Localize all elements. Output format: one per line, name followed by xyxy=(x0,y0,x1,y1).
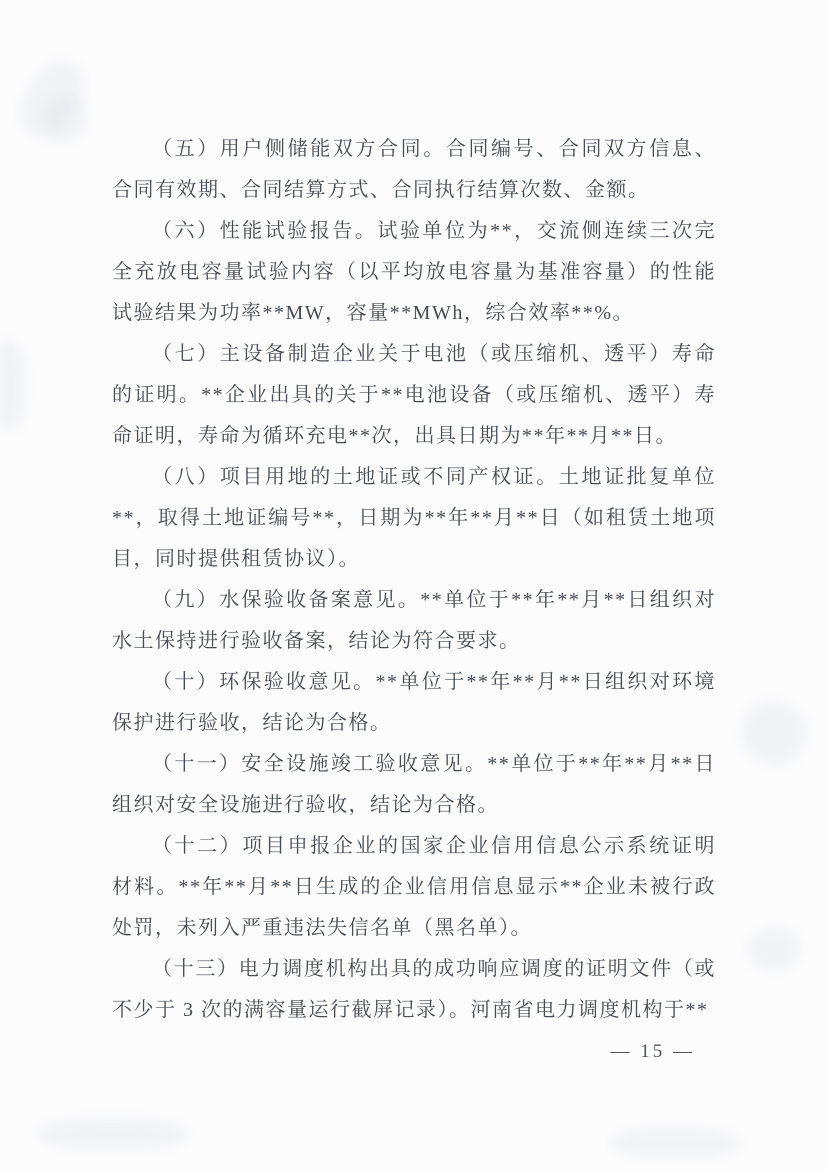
paragraph-item-6: （六）性能试验报告。试验单位为**，交流侧连续三次完全充放电容量试验内容（以平均… xyxy=(112,211,716,334)
text-line: （五）用户侧储能双方合同。合同编号、合同双方信息、 xyxy=(112,129,716,170)
text-line: 处罚，未列入严重违法失信名单（黑名单）。 xyxy=(112,908,716,949)
text-line: （十二）项目申报企业的国家企业信用信息公示系统证明 xyxy=(112,826,716,867)
text-line: 命证明，寿命为循环充电**次，出具日期为**年**月**日。 xyxy=(112,416,716,457)
paragraph-item-7: （七）主设备制造企业关于电池（或压缩机、透平）寿命的证明。**企业出具的关于**… xyxy=(112,334,716,457)
text-line: （六）性能试验报告。试验单位为**，交流侧连续三次完 xyxy=(112,211,716,252)
text-line: **，取得土地证编号**，日期为**年**月**日（如租赁土地项 xyxy=(112,498,716,539)
text-line: 材料。**年**月**日生成的企业信用信息显示**企业未被行政 xyxy=(112,867,716,908)
text-line: 合同有效期、合同结算方式、合同执行结算次数、金额。 xyxy=(112,170,716,211)
scan-artifact xyxy=(8,50,96,147)
paragraph-item-9: （九）水保验收备案意见。**单位于**年**月**日组织对水土保持进行验收备案，… xyxy=(112,580,716,662)
text-line: （七）主设备制造企业关于电池（或压缩机、透平）寿命 xyxy=(112,334,716,375)
scan-artifact xyxy=(733,693,814,773)
text-line: 水土保持进行验收备案，结论为符合要求。 xyxy=(112,621,716,662)
text-line: （九）水保验收备案意见。**单位于**年**月**日组织对 xyxy=(112,580,716,621)
text-line: 全充放电容量试验内容（以平均放电容量为基准容量）的性能 xyxy=(112,252,716,293)
scan-artifact xyxy=(0,340,26,430)
text-line: 目，同时提供租赁协议）。 xyxy=(112,539,716,580)
text-line: 的证明。**企业出具的关于**电池设备（或压缩机、透平）寿 xyxy=(112,375,716,416)
scan-artifact xyxy=(38,91,92,148)
paragraph-item-10: （十）环保验收意见。**单位于**年**月**日组织对环境保护进行验收，结论为合… xyxy=(112,662,716,744)
page-number: — 15 — xyxy=(611,1041,696,1063)
text-line: （十）环保验收意见。**单位于**年**月**日组织对环境 xyxy=(112,662,716,703)
document-body: （五）用户侧储能双方合同。合同编号、合同双方信息、合同有效期、合同结算方式、合同… xyxy=(112,129,716,1031)
paragraph-item-13: （十三）电力调度机构出具的成功响应调度的证明文件（或不少于 3 次的满容量运行截… xyxy=(112,949,716,1031)
scan-artifact xyxy=(748,928,800,970)
paragraph-item-12: （十二）项目申报企业的国家企业信用信息公示系统证明材料。**年**月**日生成的… xyxy=(112,826,716,949)
text-line: 不少于 3 次的满容量运行截屏记录）。河南省电力调度机构于** xyxy=(112,990,716,1031)
scan-artifact xyxy=(610,1128,740,1158)
document-page: （五）用户侧储能双方合同。合同编号、合同双方信息、合同有效期、合同结算方式、合同… xyxy=(0,0,827,1170)
text-line: （十一）安全设施竣工验收意见。**单位于**年**月**日 xyxy=(112,744,716,785)
paragraph-item-11: （十一）安全设施竣工验收意见。**单位于**年**月**日组织对安全设施进行验收… xyxy=(112,744,716,826)
paragraph-item-8: （八）项目用地的土地证或不同产权证。土地证批复单位**，取得土地证编号**，日期… xyxy=(112,457,716,580)
scan-artifact xyxy=(38,1118,188,1150)
text-line: 试验结果为功率**MW，容量**MWh，综合效率**%。 xyxy=(112,293,716,334)
text-line: （十三）电力调度机构出具的成功响应调度的证明文件（或 xyxy=(112,949,716,990)
text-line: 保护进行验收，结论为合格。 xyxy=(112,703,716,744)
text-line: 组织对安全设施进行验收，结论为合格。 xyxy=(112,785,716,826)
text-line: （八）项目用地的土地证或不同产权证。土地证批复单位 xyxy=(112,457,716,498)
paragraph-item-5: （五）用户侧储能双方合同。合同编号、合同双方信息、合同有效期、合同结算方式、合同… xyxy=(112,129,716,211)
